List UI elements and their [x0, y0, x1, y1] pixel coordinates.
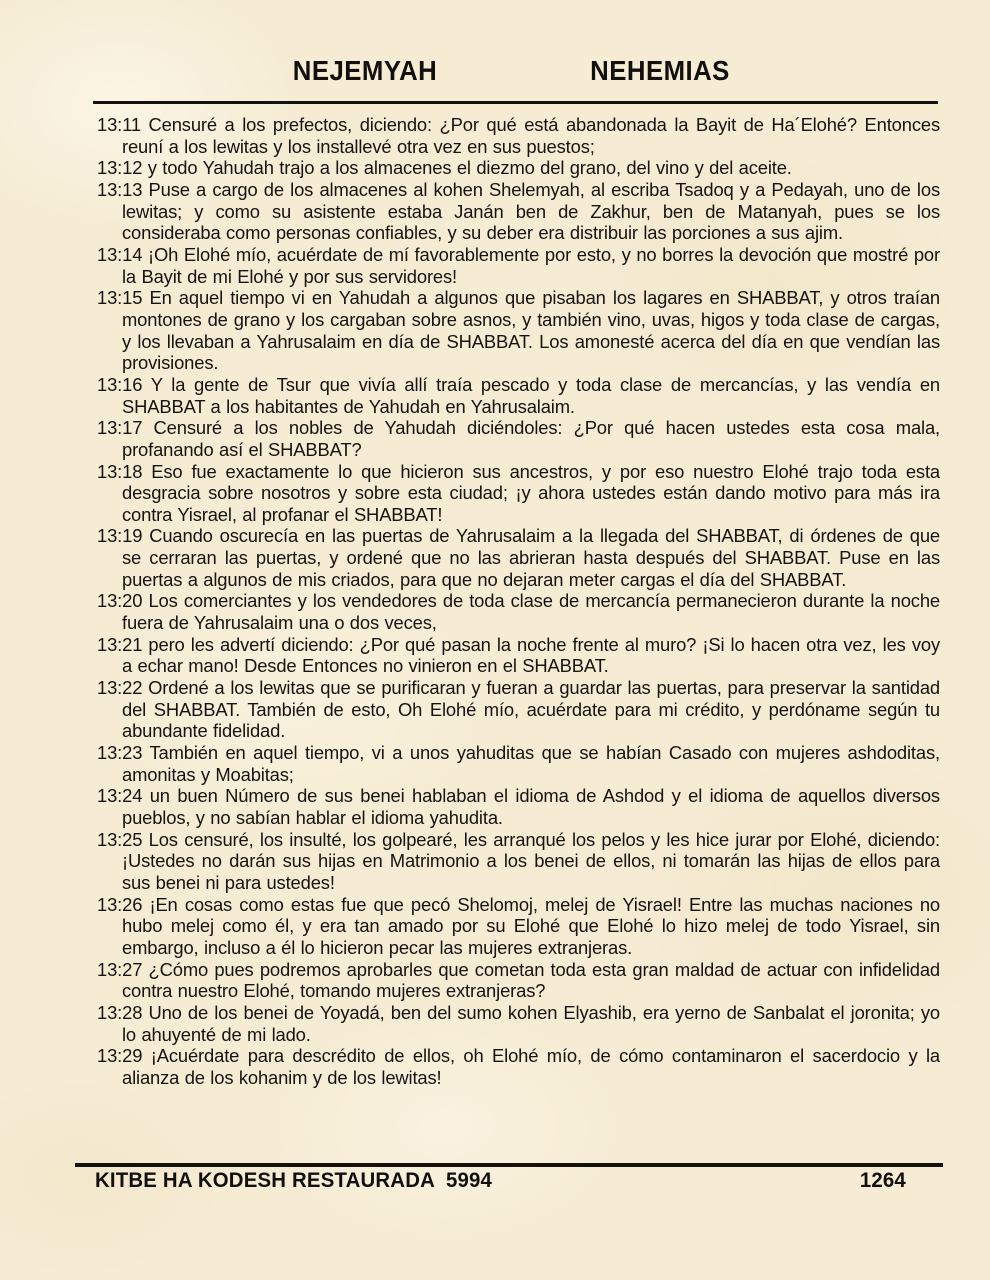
verse-text: Censuré a los nobles de Yahudah diciéndo…	[122, 417, 940, 460]
verse-ref: 13:28	[97, 1002, 142, 1023]
verse-text: En aquel tiempo vi en Yahudah a algunos …	[122, 287, 940, 373]
verse-ref: 13:22	[97, 677, 142, 698]
verse-text: Censuré a los prefectos, diciendo: ¿Por …	[122, 114, 940, 157]
verse: 13:20 Los comerciantes y los vendedores …	[97, 590, 940, 633]
verse: 13:27 ¿Cómo pues podremos aprobarles que…	[97, 959, 940, 1002]
verse: 13:15 En aquel tiempo vi en Yahudah a al…	[97, 287, 940, 374]
verse-text: ¿Cómo pues podremos aprobarles que comet…	[122, 959, 940, 1002]
verse-ref: 13:21	[97, 634, 142, 655]
verse: 13:17 Censuré a los nobles de Yahudah di…	[97, 417, 940, 460]
verse-ref: 13:23	[97, 742, 142, 763]
verse-ref: 13:25	[97, 829, 142, 850]
verse: 13:24 un buen Número de sus benei hablab…	[97, 785, 940, 828]
verse: 13:28 Uno de los benei de Yoyadá, ben de…	[97, 1002, 940, 1045]
page-title-right: NEHEMIAS	[590, 55, 730, 87]
verse: 13:23 También en aquel tiempo, vi a unos…	[97, 742, 940, 785]
verse-ref: 13:29	[97, 1045, 142, 1066]
verse-text: Ordené a los lewitas que se purificaran …	[122, 677, 940, 741]
verse-ref: 13:20	[97, 590, 142, 611]
verse-ref: 13:19	[97, 525, 142, 546]
verse-text: Eso fue exactamente lo que hicieron sus …	[122, 461, 940, 525]
verse: 13:12 y todo Yahudah trajo a los almacen…	[97, 157, 940, 179]
verse-text: Puse a cargo de los almacenes al kohen S…	[122, 179, 940, 243]
footer-page-number: 1264	[860, 1169, 906, 1193]
document-page: { "page": { "header": { "title_left": "N…	[0, 0, 990, 1280]
verse: 13:21 pero les advertí diciendo: ¿Por qu…	[97, 634, 940, 677]
verse-ref: 13:12	[97, 157, 142, 178]
verse-ref: 13:17	[97, 417, 142, 438]
verse: 13:19 Cuando oscurecía en las puertas de…	[97, 525, 940, 590]
verse-ref: 13:18	[97, 461, 142, 482]
verse-text: un buen Número de sus benei hablaban el …	[122, 785, 940, 828]
verse-ref: 13:13	[97, 179, 142, 200]
verse-text: y todo Yahudah trajo a los almacenes el …	[148, 157, 792, 178]
verse: 13:11 Censuré a los prefectos, diciendo:…	[97, 114, 940, 157]
verse: 13:26 ¡En cosas como estas fue que pecó …	[97, 894, 940, 959]
footer-rule	[75, 1163, 943, 1167]
verse-text: ¡En cosas como estas fue que pecó Shelom…	[122, 894, 940, 958]
verse: 13:25 Los censuré, los insulté, los golp…	[97, 829, 940, 894]
verse: 13:16 Y la gente de Tsur que vivía allí …	[97, 374, 940, 417]
verse-text: Cuando oscurecía en las puertas de Yahru…	[122, 525, 940, 589]
page-footer: KITBE HA KODESH RESTAURADA 5994 1264	[95, 1169, 906, 1193]
verse-text: Y la gente de Tsur que vivía allí traía …	[122, 374, 940, 417]
verse-ref: 13:11	[97, 114, 141, 135]
verse-ref: 13:16	[97, 374, 142, 395]
page-title-left: NEJEMYAH	[293, 55, 437, 87]
verse-text: ¡Acuérdate para descrédito de ellos, oh …	[122, 1045, 940, 1088]
verse: 13:14 ¡Oh Elohé mío, acuérdate de mí fav…	[97, 244, 940, 287]
header-rule	[93, 101, 938, 104]
verse-ref: 13:26	[97, 894, 142, 915]
verse-ref: 13:14	[97, 244, 142, 265]
verse-text: También en aquel tiempo, vi a unos yahud…	[122, 742, 940, 785]
verse-text: Uno de los benei de Yoyadá, ben del sumo…	[122, 1002, 940, 1045]
verse-ref: 13:27	[97, 959, 142, 980]
footer-book-title: KITBE HA KODESH RESTAURADA 5994	[95, 1169, 492, 1193]
verse: 13:29 ¡Acuérdate para descrédito de ello…	[97, 1045, 940, 1088]
verse: 13:22 Ordené a los lewitas que se purifi…	[97, 677, 940, 742]
verse-ref: 13:24	[97, 785, 142, 806]
verse-text-block: 13:11 Censuré a los prefectos, diciendo:…	[97, 114, 940, 1089]
verse-text: ¡Oh Elohé mío, acuérdate de mí favorable…	[122, 244, 940, 287]
verse-text: Los comerciantes y los vendedores de tod…	[122, 590, 940, 633]
verse: 13:18 Eso fue exactamente lo que hiciero…	[97, 461, 940, 526]
verse-text: Los censuré, los insulté, los golpearé, …	[122, 829, 940, 893]
verse-ref: 13:15	[97, 287, 142, 308]
verse: 13:13 Puse a cargo de los almacenes al k…	[97, 179, 940, 244]
verse-text: pero les advertí diciendo: ¿Por qué pasa…	[122, 634, 940, 677]
